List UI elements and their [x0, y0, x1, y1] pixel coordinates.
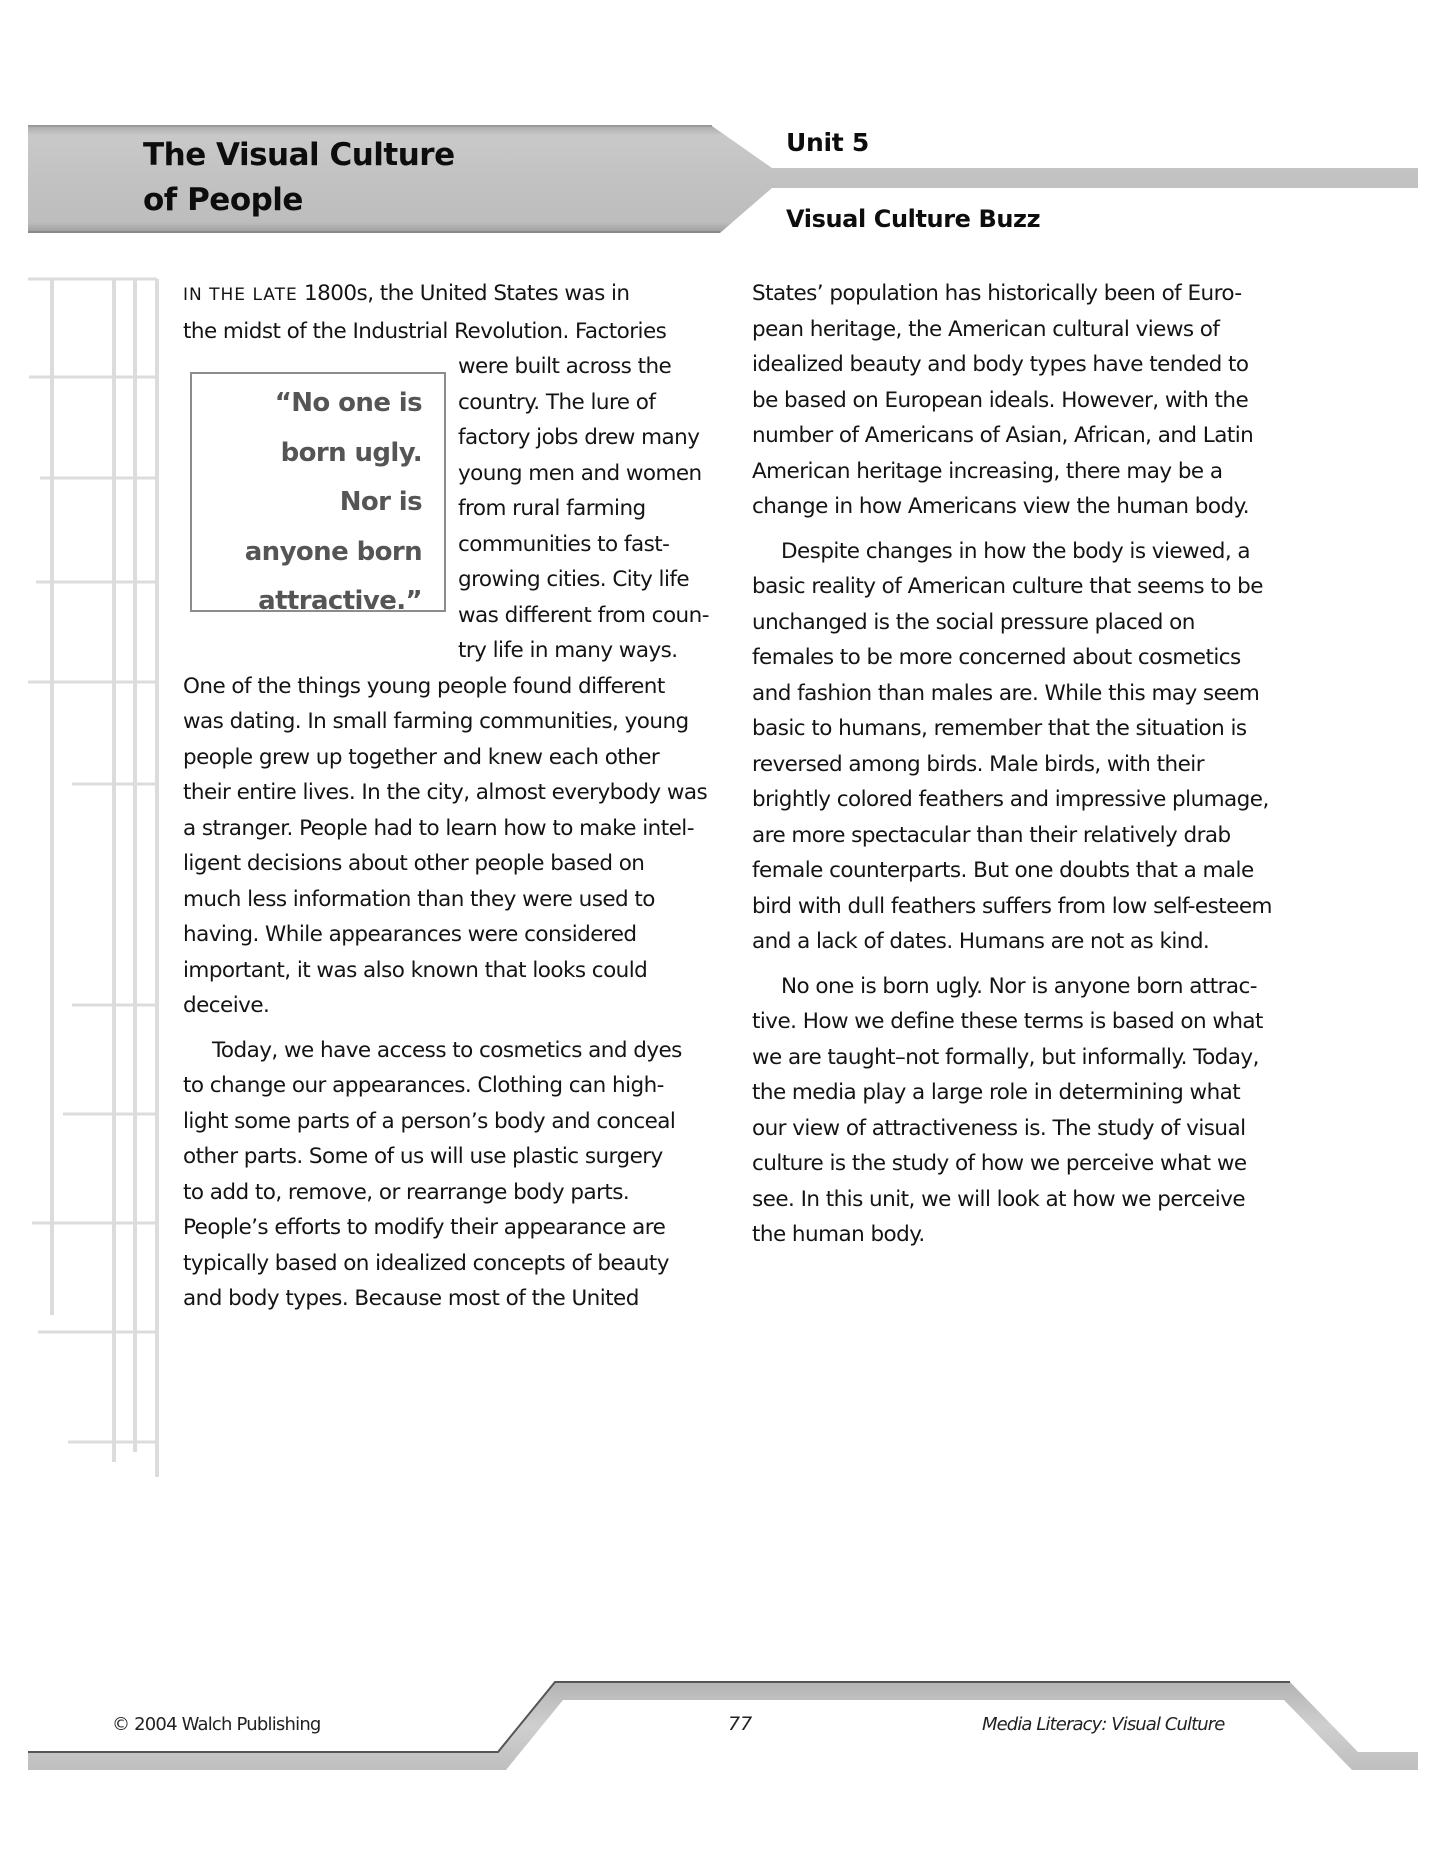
footer-copyright: © 2004 Walch Publishing	[112, 1714, 321, 1735]
left-column: IN THE LATE 1800s, the United States was…	[183, 276, 728, 1317]
right-column: States’ population has historically been…	[752, 276, 1312, 1253]
page-title-line-1: The Visual Culture	[143, 133, 455, 178]
page-title-line-2: of People	[143, 178, 455, 223]
section-label: Visual Culture Buzz	[786, 205, 1040, 233]
lead-in: IN THE LATE	[183, 285, 298, 305]
paragraph-3: States’ population has historically been…	[752, 276, 1312, 525]
paragraph-1: IN THE LATE 1800s, the United States was…	[183, 276, 728, 1024]
paragraph-5: No one is born ugly. Nor is anyone born …	[752, 969, 1312, 1253]
footer-book-title: Media Literacy: Visual Culture	[982, 1714, 1224, 1735]
grid-decoration	[28, 279, 157, 1477]
page-title: The Visual Culture of People	[143, 133, 455, 223]
paragraph-2: Today, we have access to cosmetics and d…	[183, 1033, 728, 1317]
paragraph-4: Despite changes in how the body is viewe…	[752, 534, 1312, 960]
page-number: 77	[728, 1713, 752, 1735]
unit-label: Unit 5	[786, 128, 869, 157]
